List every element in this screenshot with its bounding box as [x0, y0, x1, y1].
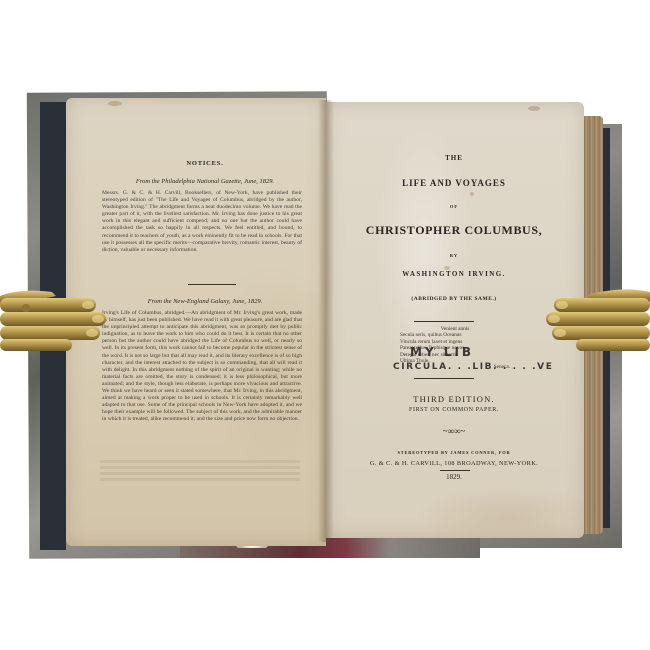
edition: THIRD EDITION.: [330, 394, 578, 404]
author-name: WASHINGTON IRVING.: [330, 270, 578, 278]
title-the: THE: [330, 154, 578, 162]
abridged-note: (ABRIDGED BY THE SAME.): [330, 296, 578, 302]
brass-hand-right-icon: [546, 282, 650, 362]
printers-ornament: ~∞∞~: [330, 426, 578, 436]
foxing-stain: [108, 101, 122, 106]
library-stamp-line2: CIRCULA. . .LIB. . . . .VE: [393, 362, 553, 372]
title-line: LIFE AND VOYAGES: [330, 178, 578, 188]
stereotyper: STEREOTYPED BY JAMES CONNER, FOR: [330, 450, 578, 455]
book-photo: NOTICES. From the Philadelphia National …: [0, 0, 650, 650]
notice-source: From the Philadelphia National Gazette, …: [100, 178, 310, 185]
show-through-text: [100, 460, 300, 484]
title-main: CHRISTOPHER COLUMBUS,: [330, 223, 578, 238]
notice-body: Messrs. G. & C. & H. Carvill, Bookseller…: [102, 190, 302, 254]
paper-note: FIRST ON COMMON PAPER.: [330, 407, 578, 413]
publication-year: 1829.: [330, 473, 578, 481]
title-by: BY: [330, 253, 578, 258]
foxing-stain: [528, 106, 540, 111]
divider-rule: [440, 470, 470, 471]
divider-rule: [188, 284, 236, 285]
notices-heading: NOTICES.: [130, 160, 280, 167]
foxing-stain: [470, 192, 474, 196]
notice-body: Irving's Life of Columbus, abridged.—An …: [102, 310, 302, 424]
divider-rule: [414, 321, 474, 322]
divider-rule: [414, 378, 474, 379]
publisher: G. & C. & H. CARVILL, 108 BROADWAY, NEW-…: [330, 460, 578, 467]
title-of: OF: [330, 204, 578, 209]
notice-source: From the New-England Galaxy, June, 1829.: [100, 298, 310, 305]
brass-hand-left-icon: [0, 282, 110, 362]
library-stamp-line1: MY LIB: [410, 345, 474, 359]
